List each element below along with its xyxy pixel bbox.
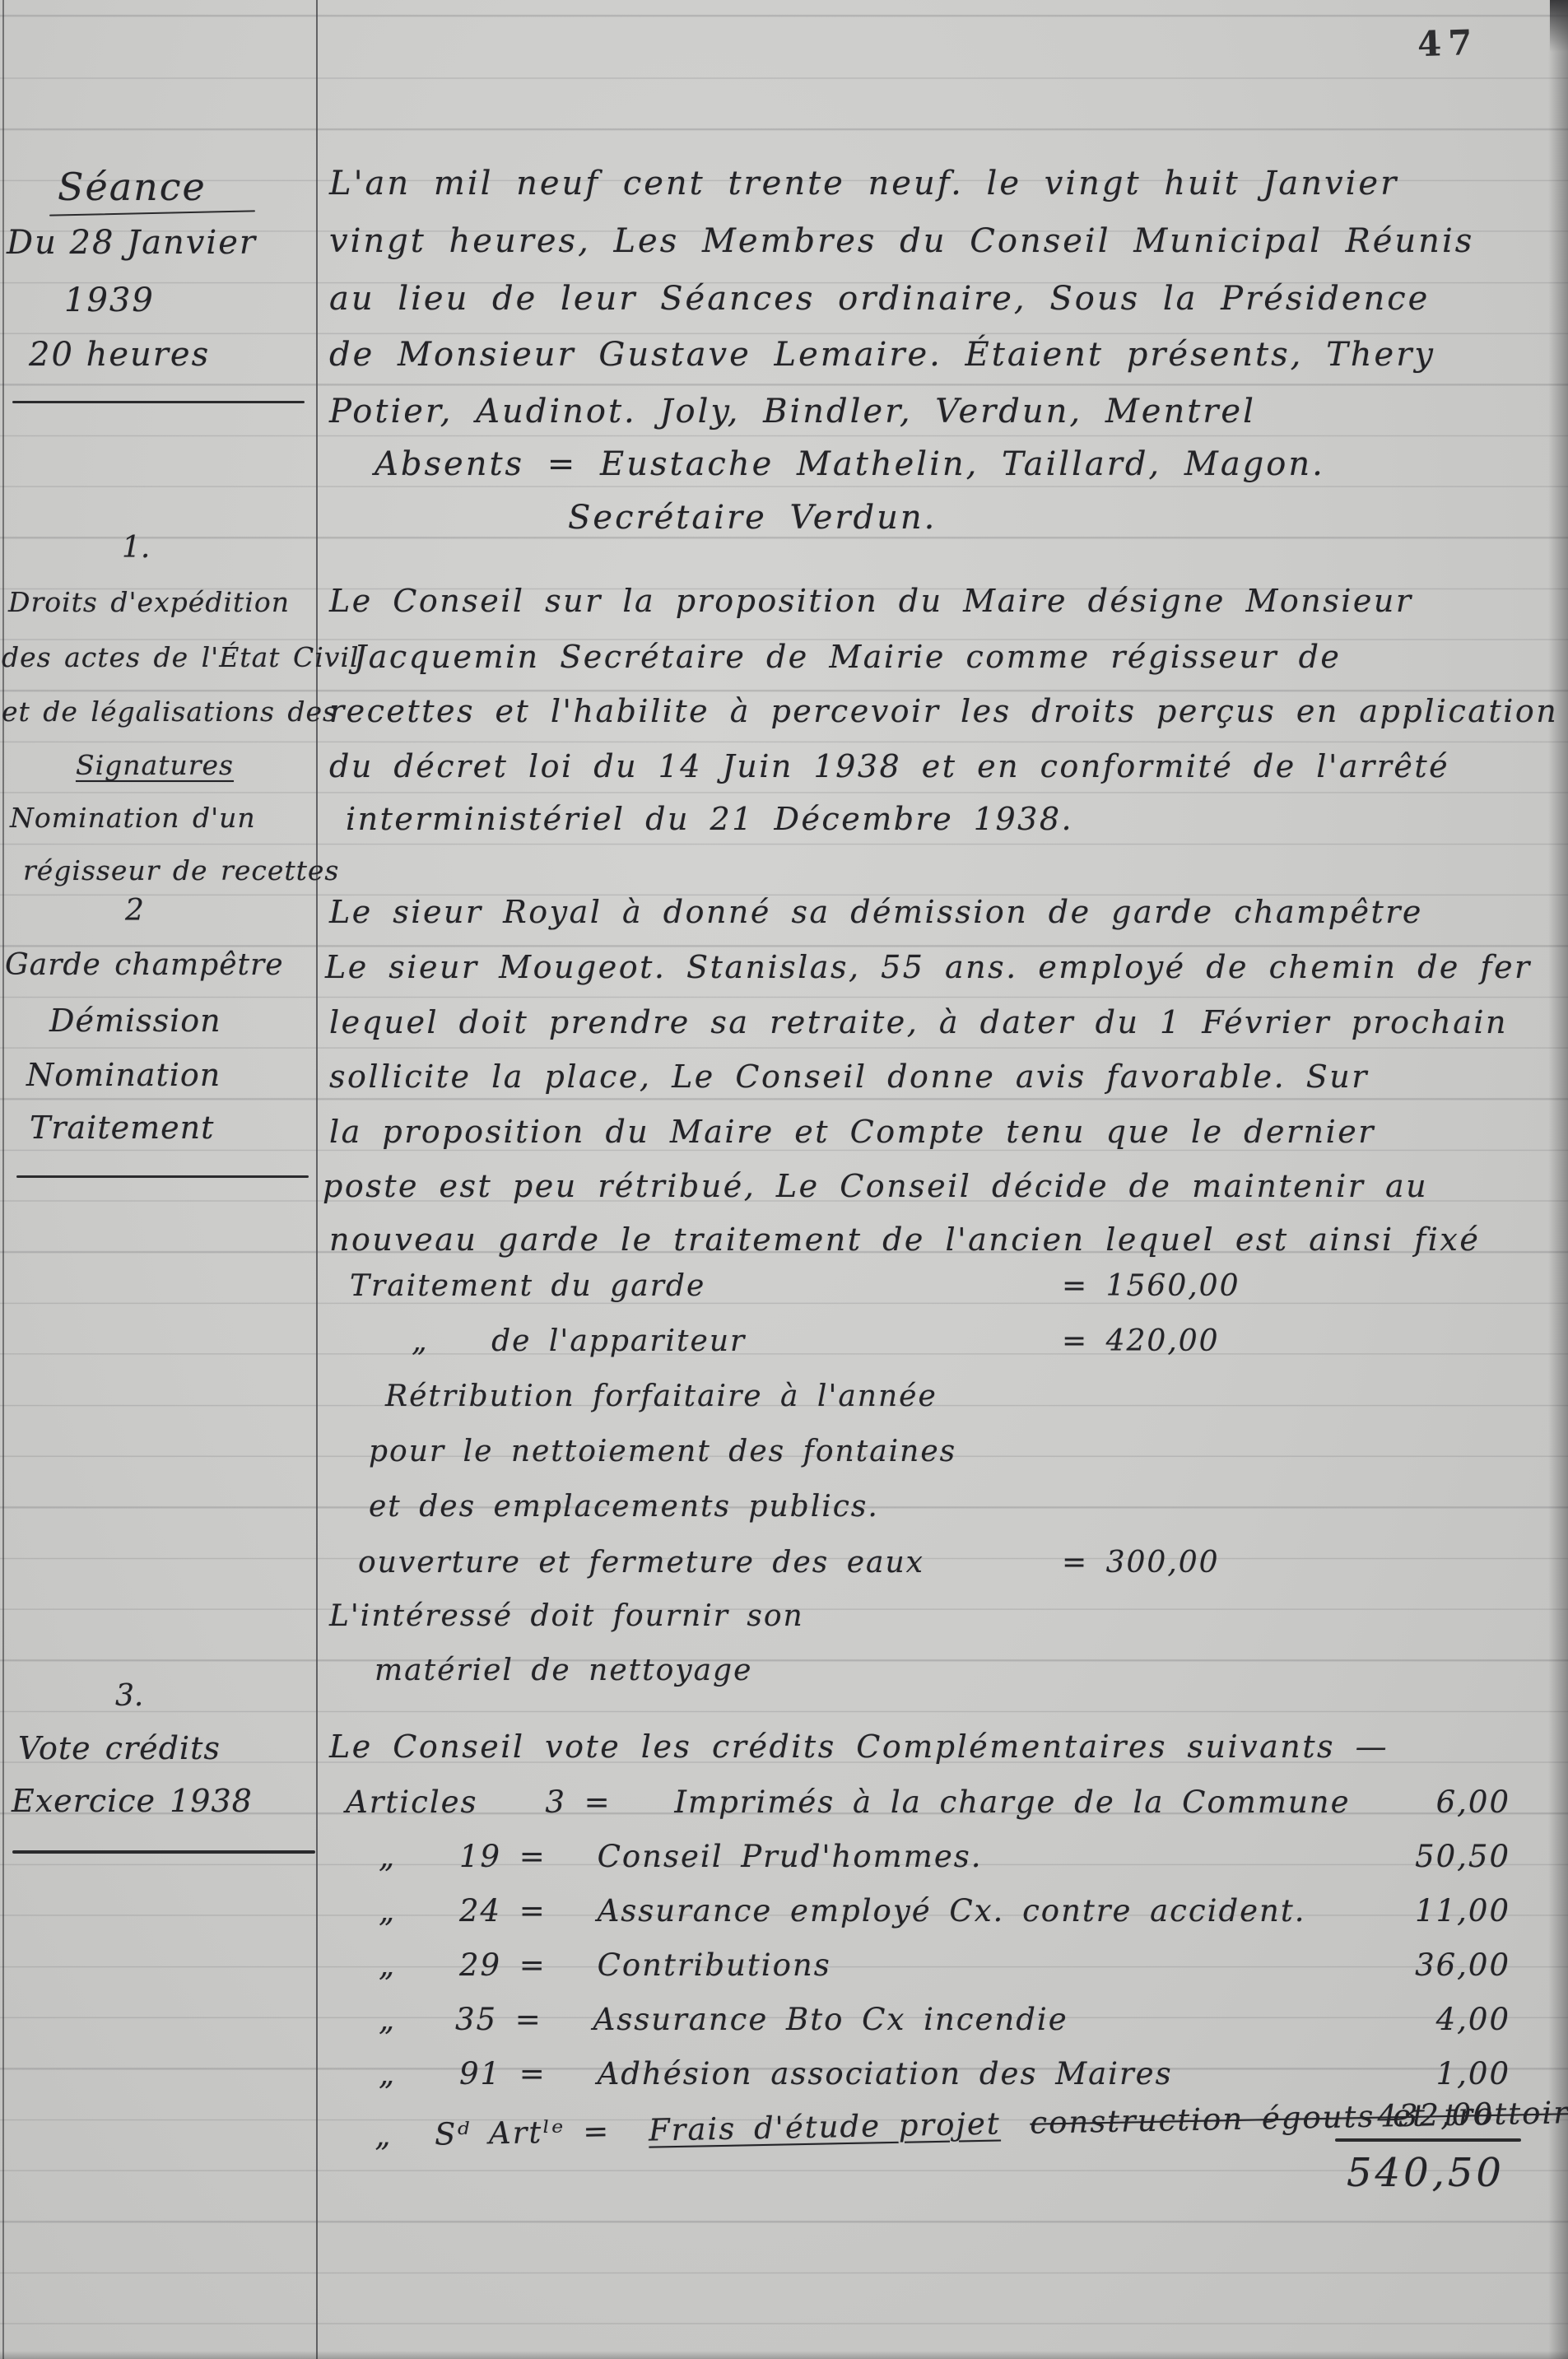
salary-label: Traitement du garde	[350, 1269, 705, 1303]
page-bottom-shadow	[0, 2351, 1568, 2359]
margin-note-line: Nomination d'un	[10, 802, 256, 834]
article-row: „ Sᵈ Artˡᵉ = Frais d'étude projet constr…	[329, 2096, 1540, 2154]
handwritten-line: sollicite la place, Le Conseil donne avi…	[329, 1059, 1369, 1095]
salary-label: pour le nettoiement des fontaines	[369, 1435, 956, 1468]
article-amount: 1,00	[1436, 2056, 1510, 2091]
article-desc: Adhésion association des Maires	[598, 2056, 1173, 2091]
salary-label: ouverture et fermeture des eaux	[358, 1546, 924, 1580]
section-3-number: 3.	[115, 1679, 143, 1713]
handwritten-line: du décret loi du 14 Juin 1938 et en conf…	[329, 748, 1449, 784]
handwritten-line: poste est peu rétribué, Le Conseil décid…	[323, 1168, 1428, 1204]
margin-note-line: Exercice 1938	[12, 1783, 253, 1819]
article-row: Articles 3 = Imprimés à la charge de la …	[329, 1784, 1539, 1820]
section-1-number: 1.	[122, 531, 150, 565]
handwritten-line: Jacquemin Secrétaire de Mairie comme rég…	[354, 639, 1341, 675]
handwritten-line: de Monsieur Gustave Lemaire. Étaient pré…	[329, 336, 1435, 374]
article-num: 19 =	[459, 1839, 547, 1874]
credits-heading: Le Conseil vote les crédits Complémentai…	[329, 1729, 1389, 1765]
handwritten-line: la proposition du Maire et Compte tenu q…	[329, 1114, 1375, 1150]
margin-note-line: Garde champêtre	[5, 948, 284, 982]
pen-rule	[16, 1175, 309, 1178]
handwritten-line: interministériel du 21 Décembre 1938.	[346, 801, 1073, 837]
margin-note-line: Traitement	[30, 1110, 214, 1146]
salary-row: L'intéressé doit fournir son	[329, 1599, 1539, 1633]
handwritten-line: Potier, Audinot. Joly, Bindler, Verdun, …	[329, 393, 1256, 430]
margin-vertical-line	[316, 0, 318, 2359]
article-desc: Assurance Bto Cx incendie	[593, 2002, 1068, 2037]
salary-row: „ de l'appariteur = 420,00	[329, 1324, 1539, 1358]
salary-row: Traitement du garde = 1560,00	[329, 1269, 1539, 1303]
article-col: „	[379, 1893, 396, 1929]
page-corner-mark	[1550, 0, 1568, 58]
salary-label: L'intéressé doit fournir son	[329, 1599, 804, 1633]
handwritten-line: Absents = Eustache Mathelin, Taillard, M…	[375, 445, 1325, 483]
article-row: „ 19 = Conseil Prud'hommes. 50,50	[329, 1839, 1539, 1874]
handwritten-line: Secrétaire Verdun.	[568, 499, 937, 537]
handwritten-line: nouveau garde le traitement de l'ancien …	[329, 1221, 1480, 1258]
article-num: 24 =	[459, 1893, 547, 1929]
salary-amount: = 300,00	[1062, 1546, 1220, 1580]
article-amount: 11,00	[1415, 1893, 1510, 1929]
pen-rule	[12, 401, 305, 403]
article-row: „ 29 = Contributions 36,00	[329, 1947, 1539, 1983]
article-desc: Assurance employé Cx. contre accident.	[598, 1893, 1306, 1929]
article-col: „	[379, 2056, 396, 2091]
margin-note-line: Droits d'expédition	[8, 586, 290, 618]
margin-note-line: Signatures	[76, 749, 234, 781]
article-num: Sᵈ Artˡᵉ =	[435, 2114, 611, 2152]
salary-label: Rétribution forfaitaire à l'année	[385, 1380, 938, 1413]
page-right-edge-shadow	[1548, 0, 1568, 2359]
salary-row: pour le nettoiement des fontaines	[329, 1435, 1539, 1468]
register-page: 47 Séance Du 28 Janvier 1939 20 heures L…	[0, 0, 1568, 2359]
margin-note-line: Vote crédits	[18, 1730, 221, 1766]
article-desc: Conseil Prud'hommes.	[598, 1839, 983, 1874]
salary-row: matériel de nettoyage	[329, 1654, 1539, 1687]
handwritten-line: Le sieur Royal à donné sa démission de g…	[329, 894, 1423, 930]
salary-label: de l'appariteur	[491, 1324, 746, 1358]
article-col: „	[375, 2118, 393, 2153]
page-left-edge	[2, 0, 4, 2359]
handwritten-line: vingt heures, Les Membres du Conseil Mun…	[329, 222, 1474, 260]
ditto-mark: „	[412, 1324, 429, 1358]
margin-seance-time: 20 heures	[29, 336, 210, 374]
article-amount: 4,00	[1436, 2002, 1510, 2037]
margin-note-line: régisseur de recettes	[23, 854, 339, 886]
article-amount: 50,50	[1415, 1839, 1510, 1874]
article-desc: Imprimés à la charge de la Commune	[674, 1784, 1350, 1820]
article-row: „ 24 = Assurance employé Cx. contre acci…	[329, 1893, 1539, 1929]
handwritten-line: Le Conseil sur la proposition du Maire d…	[329, 583, 1413, 619]
article-row: „ 91 = Adhésion association des Maires 1…	[329, 2056, 1539, 2091]
article-amount: 6,00	[1436, 1784, 1510, 1820]
handwritten-line: au lieu de leur Séances ordinaire, Sous …	[329, 280, 1430, 318]
salary-row: Rétribution forfaitaire à l'année	[329, 1380, 1539, 1413]
handwritten-line: lequel doit prendre sa retraite, à dater…	[329, 1004, 1508, 1040]
credits-total: 540,50	[1347, 2150, 1505, 2196]
margin-seance-date: Du 28 Janvier	[7, 224, 257, 262]
margin-seance-year: 1939	[64, 281, 155, 319]
article-desc: Frais d'étude projet	[649, 2105, 1001, 2147]
article-desc: Contributions	[598, 1947, 831, 1983]
margin-note-line: Nomination	[26, 1057, 221, 1093]
margin-note-line: Démission	[49, 1003, 221, 1039]
article-amount: 36,00	[1415, 1947, 1510, 1983]
article-num: 35 =	[455, 2002, 542, 2037]
article-col: „	[379, 2002, 396, 2037]
salary-row: ouverture et fermeture des eaux = 300,00	[329, 1546, 1539, 1580]
article-num: 29 =	[459, 1947, 547, 1983]
total-rule	[1335, 2138, 1521, 2142]
article-col: „	[379, 1839, 396, 1874]
article-col: Articles	[346, 1784, 478, 1820]
handwritten-line: Le sieur Mougeot. Stanislas, 55 ans. emp…	[325, 949, 1532, 985]
margin-note-line: des actes de l'État Civil	[2, 641, 360, 673]
page-number: 47	[1417, 22, 1479, 65]
salary-label: et des emplacements publics.	[369, 1490, 879, 1524]
handwritten-line: L'an mil neuf cent trente neuf. le vingt…	[329, 165, 1398, 202]
pen-rule	[12, 1850, 315, 1854]
salary-row: et des emplacements publics.	[329, 1490, 1539, 1524]
salary-amount: = 1560,00	[1062, 1269, 1240, 1303]
salary-label: matériel de nettoyage	[375, 1654, 752, 1687]
salary-amount: = 420,00	[1062, 1324, 1220, 1358]
article-num: 3 =	[545, 1784, 611, 1820]
pen-flourish	[49, 210, 255, 216]
section-2-number: 2	[125, 894, 144, 928]
article-row: „ 35 = Assurance Bto Cx incendie 4,00	[329, 2002, 1539, 2037]
article-col: „	[379, 1947, 396, 1983]
article-num: 91 =	[459, 2056, 547, 2091]
margin-seance-title: Séance	[58, 165, 207, 209]
article-amount: 432,00	[1377, 2096, 1494, 2134]
handwritten-line: recettes et l'habilite à percevoir les d…	[329, 693, 1558, 729]
margin-note-line: et de légalisations des	[2, 696, 337, 728]
